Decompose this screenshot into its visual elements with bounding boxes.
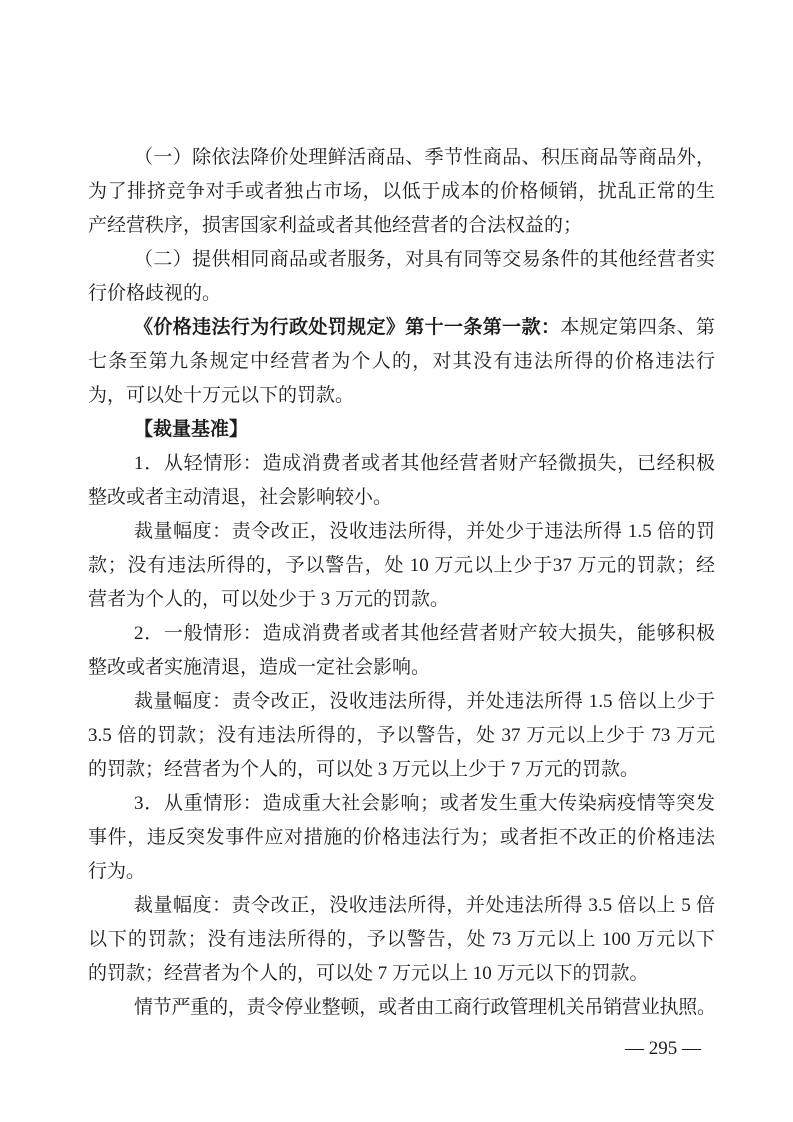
text-segment: 本规定第四条、第 <box>560 317 715 338</box>
paragraph-serious-circumstances: 情节严重的，责令停业整顿，或者由工商行政管理机关吊销营业执照。 <box>88 991 715 1025</box>
text-line: 裁量幅度：责令改正，没收违法所得，并处少于违法所得 1.5 倍的罚 <box>88 515 715 549</box>
paragraph-clause-item-2: （二）提供相同商品或者服务，对具有同等交易条件的其他经营者实行价格歧视的。 <box>88 243 715 311</box>
text-segment: 整改或者实施清退，造成一定社会影响。 <box>88 657 430 678</box>
paragraph-severe-discretion-range: 裁量幅度：责令改正，没收违法所得，并处违法所得 3.5 倍以上 5 倍以下的罚款… <box>88 889 715 991</box>
text-line: 情节严重的，责令停业整顿，或者由工商行政管理机关吊销营业执照。 <box>88 991 715 1025</box>
document-page: （一）除依法降价处理鲜活商品、季节性商品、积压商品等商品外，为了排挤竞争对手或者… <box>0 0 793 1122</box>
text-line: 《价格违法行为行政处罚规定》第十一条第一款：本规定第四条、第 <box>88 311 715 345</box>
text-segment: 营者为个人的，可以处少于 3 万元的罚款。 <box>88 589 449 610</box>
paragraph-severe-situation: 3．从重情形：造成重大社会影响；或者发生重大传染病疫情等突发事件，违反突发事件应… <box>88 787 715 889</box>
paragraph-regulation-citation: 《价格违法行为行政处罚规定》第十一条第一款：本规定第四条、第七条至第九条规定中经… <box>88 311 715 413</box>
paragraph-general-situation: 2．一般情形：造成消费者或者其他经营者财产较大损失，能够积极整改或者实施清退，造… <box>88 617 715 685</box>
text-line: 为了排挤竞争对手或者独占市场，以低于成本的价格倾销，扰乱正常的生 <box>88 175 715 209</box>
text-line: 行为。 <box>88 855 715 889</box>
text-line: 营者为个人的，可以处少于 3 万元的罚款。 <box>88 583 715 617</box>
text-segment: 2．一般情形：造成消费者或者其他经营者财产较大损失，能够积极 <box>134 623 715 644</box>
text-line: 的罚款；经营者为个人的，可以处 7 万元以上 10 万元以下的罚款。 <box>88 957 715 991</box>
text-segment: 行价格歧视的。 <box>88 283 221 304</box>
text-segment: 整改或者主动清退，社会影响较小。 <box>88 487 392 508</box>
text-segment: 3.5 倍的罚款；没有违法所得的，予以警告，处 37 万元以上少于 73 万元 <box>88 725 715 746</box>
bold-text-segment: 【裁量基准】 <box>134 419 248 440</box>
text-line: 3.5 倍的罚款；没有违法所得的，予以警告，处 37 万元以上少于 73 万元 <box>88 719 715 753</box>
text-segment: 以下的罚款；没有违法所得的，予以警告，处 73 万元以上 100 万元以下 <box>88 929 715 950</box>
text-line: 裁量幅度：责令改正，没收违法所得，并处违法所得 1.5 倍以上少于 <box>88 685 715 719</box>
text-segment: 1．从轻情形：造成消费者或者其他经营者财产轻微损失，已经积极 <box>134 453 715 474</box>
text-line: 的罚款；经营者为个人的，可以处 3 万元以上少于 7 万元的罚款。 <box>88 753 715 787</box>
text-segment: 产经营秩序，损害国家利益或者其他经营者的合法权益的； <box>88 215 582 236</box>
text-segment: （二）提供相同商品或者服务，对具有同等交易条件的其他经营者实 <box>134 249 715 270</box>
text-line: 款；没有违法所得的，予以警告，处 10 万元以上少于37 万元的罚款；经 <box>88 549 715 583</box>
paragraph-general-discretion-range: 裁量幅度：责令改正，没收违法所得，并处违法所得 1.5 倍以上少于3.5 倍的罚… <box>88 685 715 787</box>
text-line: （二）提供相同商品或者服务，对具有同等交易条件的其他经营者实 <box>88 243 715 277</box>
text-line: 以下的罚款；没有违法所得的，予以警告，处 73 万元以上 100 万元以下 <box>88 923 715 957</box>
text-line: 产经营秩序，损害国家利益或者其他经营者的合法权益的； <box>88 209 715 243</box>
text-segment: 行为。 <box>88 861 145 882</box>
text-line: 【裁量基准】 <box>88 413 715 447</box>
text-line: 七条至第九条规定中经营者为个人的，对其没有违法所得的价格违法行 <box>88 345 715 379</box>
paragraph-lenient-discretion-range: 裁量幅度：责令改正，没收违法所得，并处少于违法所得 1.5 倍的罚款；没有违法所… <box>88 515 715 617</box>
page-footer: — 295 — <box>625 1036 701 1062</box>
text-segment: 的罚款；经营者为个人的，可以处 7 万元以上 10 万元以下的罚款。 <box>88 963 649 984</box>
text-segment: 为，可以处十万元以下的罚款。 <box>88 385 354 406</box>
text-line: 为，可以处十万元以下的罚款。 <box>88 379 715 413</box>
text-segment: 裁量幅度：责令改正，没收违法所得，并处少于违法所得 1.5 倍的罚 <box>134 521 715 542</box>
text-segment: 为了排挤竞争对手或者独占市场，以低于成本的价格倾销，扰乱正常的生 <box>88 181 715 202</box>
bold-text-segment: 《价格违法行为行政处罚规定》第十一条第一款： <box>134 317 560 338</box>
text-line: 事件，违反突发事件应对措施的价格违法行为；或者拒不改正的价格违法 <box>88 821 715 855</box>
text-segment: 3．从重情形：造成重大社会影响；或者发生重大传染病疫情等突发 <box>134 793 715 814</box>
text-segment: （一）除依法降价处理鲜活商品、季节性商品、积压商品等商品外， <box>134 147 715 168</box>
text-segment: 裁量幅度：责令改正，没收违法所得，并处违法所得 1.5 倍以上少于 <box>134 691 715 712</box>
page-number: — 295 — <box>625 1038 701 1059</box>
text-segment: 裁量幅度：责令改正，没收违法所得，并处违法所得 3.5 倍以上 5 倍 <box>134 895 715 916</box>
text-segment: 事件，违反突发事件应对措施的价格违法行为；或者拒不改正的价格违法 <box>88 827 715 848</box>
text-line: 2．一般情形：造成消费者或者其他经营者财产较大损失，能够积极 <box>88 617 715 651</box>
text-line: （一）除依法降价处理鲜活商品、季节性商品、积压商品等商品外， <box>88 141 715 175</box>
text-segment: 款；没有违法所得的，予以警告，处 10 万元以上少于37 万元的罚款；经 <box>88 555 715 576</box>
paragraph-lenient-situation: 1．从轻情形：造成消费者或者其他经营者财产轻微损失，已经积极整改或者主动清退，社… <box>88 447 715 515</box>
text-segment: 的罚款；经营者为个人的，可以处 3 万元以上少于 7 万元的罚款。 <box>88 759 639 780</box>
text-line: 1．从轻情形：造成消费者或者其他经营者财产轻微损失，已经积极 <box>88 447 715 481</box>
text-segment: 情节严重的，责令停业整顿，或者由工商行政管理机关吊销营业执照。 <box>134 997 715 1018</box>
text-line: 行价格歧视的。 <box>88 277 715 311</box>
paragraph-clause-item-1: （一）除依法降价处理鲜活商品、季节性商品、积压商品等商品外，为了排挤竞争对手或者… <box>88 141 715 243</box>
paragraph-discretion-benchmark-heading: 【裁量基准】 <box>88 413 715 447</box>
text-line: 裁量幅度：责令改正，没收违法所得，并处违法所得 3.5 倍以上 5 倍 <box>88 889 715 923</box>
text-segment: 七条至第九条规定中经营者为个人的，对其没有违法所得的价格违法行 <box>88 351 715 372</box>
text-line: 3．从重情形：造成重大社会影响；或者发生重大传染病疫情等突发 <box>88 787 715 821</box>
document-body: （一）除依法降价处理鲜活商品、季节性商品、积压商品等商品外，为了排挤竞争对手或者… <box>88 141 715 1025</box>
text-line: 整改或者主动清退，社会影响较小。 <box>88 481 715 515</box>
text-line: 整改或者实施清退，造成一定社会影响。 <box>88 651 715 685</box>
